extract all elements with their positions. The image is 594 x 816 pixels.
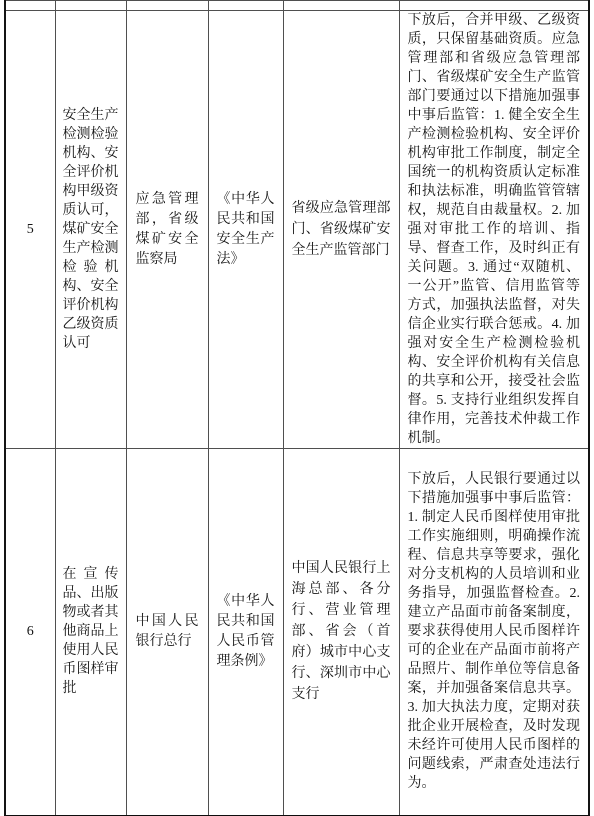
- stub-cell-item: [55, 1, 126, 11]
- previous-row-stub: [5, 1, 589, 11]
- stub-cell-department: [126, 1, 208, 11]
- stub-cell-measures: [399, 1, 589, 11]
- table-row-6: 6 在宣传品、出版物或者其他商品上使用人民币图样审批 中国人民银行总行 《中华人…: [5, 449, 589, 816]
- stub-cell-seq: [5, 1, 55, 11]
- row-5-seq: 5: [5, 11, 55, 449]
- row-6-implementing-authority: 中国人民银行上海总部、各分行、营业管理部、省会（首府）城市中心支行、深圳市中心支…: [283, 449, 399, 816]
- row-6-item-name: 在宣传品、出版物或者其他商品上使用人民币图样审批: [55, 449, 126, 816]
- document-page: 5 安全生产检测检验机构、安全评价机构甲级资质认可，煤矿安全生产检测检验机构、安…: [0, 0, 594, 816]
- row-5-implementing-authority: 省级应急管理部门、省级煤矿安全生产监管部门: [283, 11, 399, 449]
- row-6-department: 中国人民银行总行: [126, 449, 208, 816]
- row-5-department: 应急管理部，省级煤矿安全监察局: [126, 11, 208, 449]
- approval-items-table: 5 安全生产检测检验机构、安全评价机构甲级资质认可，煤矿安全生产检测检验机构、安…: [4, 0, 590, 816]
- row-6-legal-basis: 《中华人民共和国人民币管理条例》: [208, 449, 283, 816]
- row-5-supervision-measures: 下放后，合并甲级、乙级资质，只保留基础资质。应急管理部和省级应急管理部门、省级煤…: [399, 11, 589, 449]
- row-6-supervision-measures: 下放后，人民银行要通过以下措施加强事中事后监管：1. 制定人民币图样使用审批工作…: [399, 449, 589, 816]
- stub-cell-authority: [283, 1, 399, 11]
- row-6-seq: 6: [5, 449, 55, 816]
- table-row-5: 5 安全生产检测检验机构、安全评价机构甲级资质认可，煤矿安全生产检测检验机构、安…: [5, 11, 589, 449]
- row-5-item-name: 安全生产检测检验机构、安全评价机构甲级资质认可，煤矿安全生产检测检验机构、安全评…: [55, 11, 126, 449]
- row-5-legal-basis: 《中华人民共和国安全生产法》: [208, 11, 283, 449]
- stub-cell-legal-basis: [208, 1, 283, 11]
